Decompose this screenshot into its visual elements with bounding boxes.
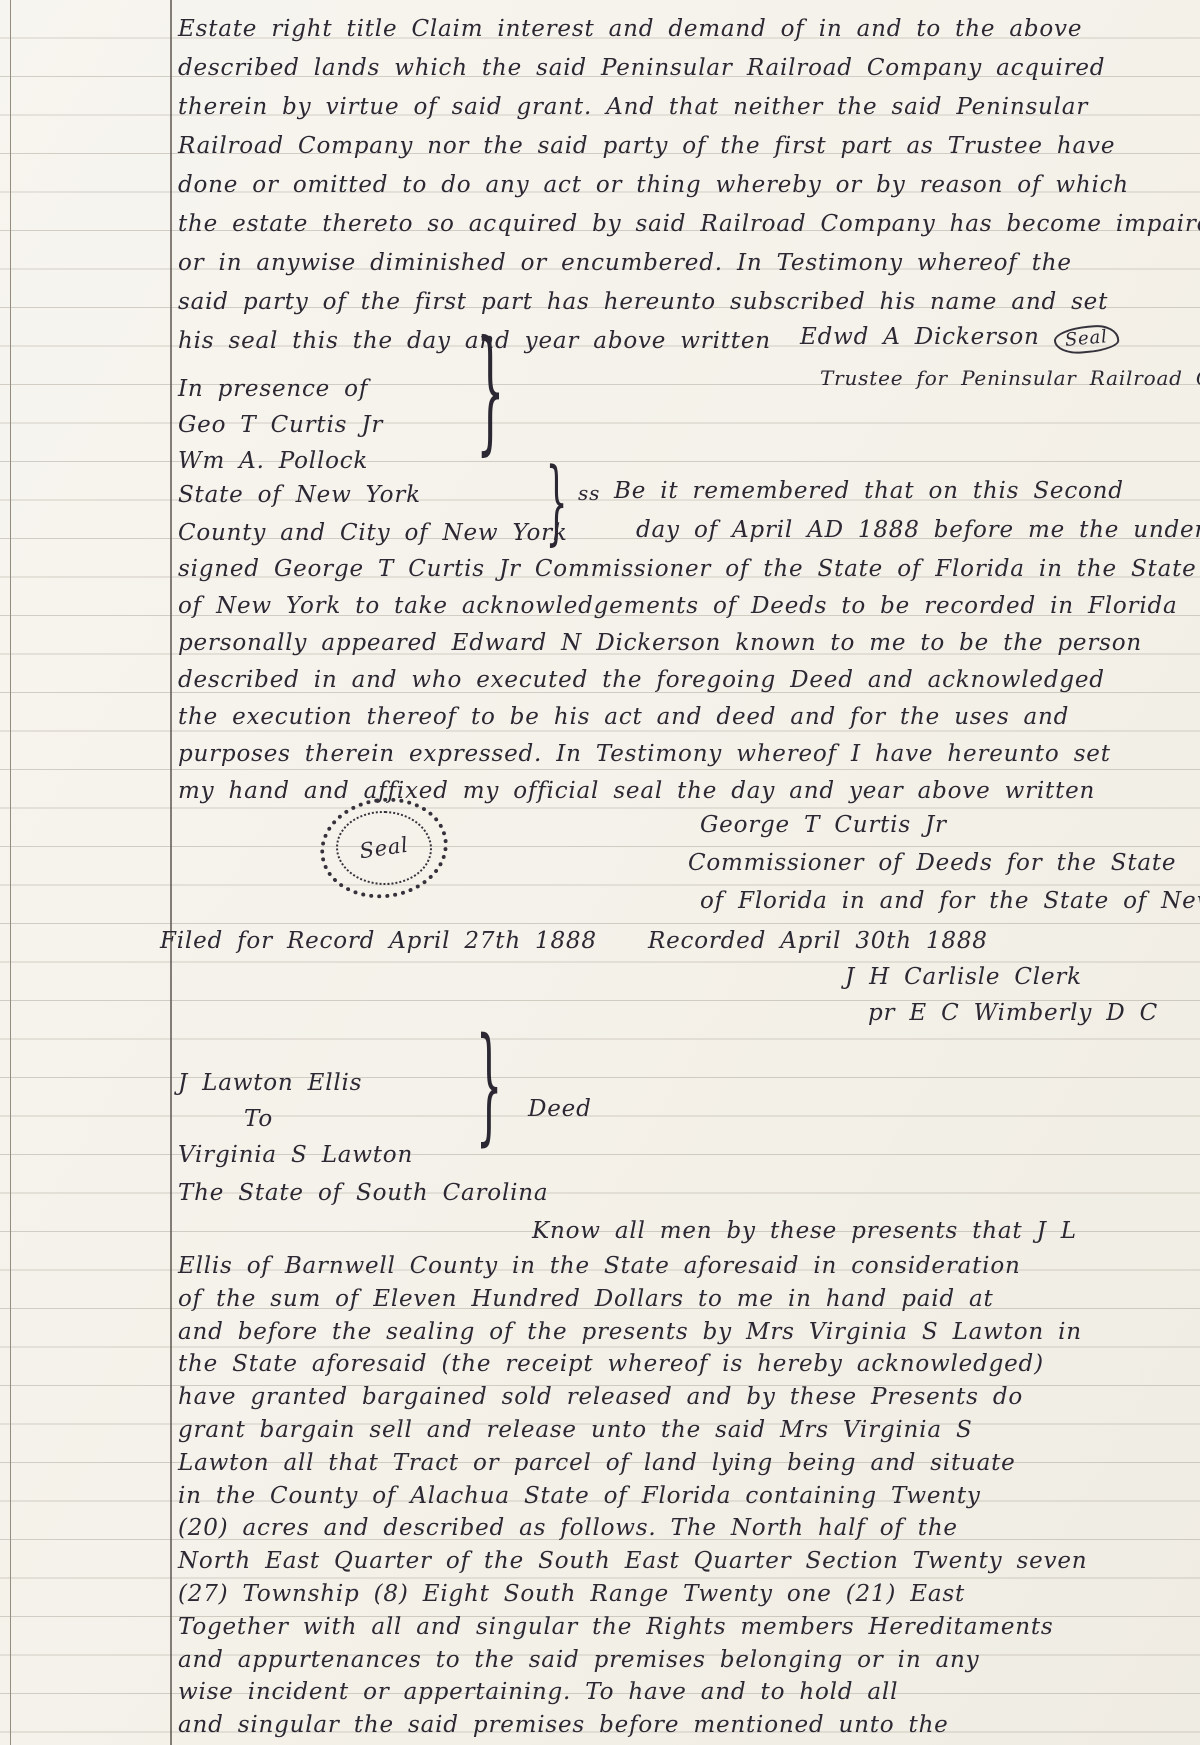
notary-seal-label: Seal (358, 833, 410, 864)
ack-venue-line1: State of New York (178, 482, 421, 508)
handwritten-text-line: and before the sealing of the presents b… (178, 1319, 1087, 1352)
deed2-party2: Virginia S Lawton (178, 1142, 413, 1168)
handwritten-text-line: Together with all and singular the Right… (178, 1614, 1087, 1647)
ack-opening-line1: Be it remembered that on this Second (614, 478, 1124, 504)
filing-recorded: Recorded April 30th 1888 (648, 928, 988, 954)
deed2-to: To (244, 1106, 273, 1132)
handwritten-text-line: of New York to take acknowledgements of … (178, 593, 1197, 630)
deed2-opening-line: Know all men by these presents that J L (532, 1218, 1077, 1244)
seal-badge: Seal (1053, 323, 1120, 356)
handwritten-text-line: North East Quarter of the South East Qua… (178, 1548, 1087, 1581)
deputy-clerk-signature: pr E C Wimberly D C (868, 1000, 1158, 1026)
ack-ss: ss (578, 481, 600, 505)
handwritten-text-line: in the County of Alachua State of Florid… (178, 1483, 1087, 1516)
grantor-signature-row: Edwd A DickersonSeal (800, 324, 1118, 353)
handwritten-text-line: and singular the said premises before me… (178, 1712, 1087, 1745)
clerk-signature: J H Carlisle Clerk (845, 964, 1082, 990)
handwritten-text-line: wise incident or appertaining. To have a… (178, 1679, 1087, 1712)
deed-record-page: Estate right title Claim interest and de… (0, 0, 1200, 1745)
witness-brace: } (476, 325, 505, 459)
deed2-party1: J Lawton Ellis (178, 1070, 362, 1096)
witness-name-2: Wm A. Pollock (178, 448, 368, 474)
handwritten-text-line: my hand and affixed my official seal the… (178, 778, 1197, 815)
deed2-body-paragraph: Ellis of Barnwell County in the State af… (178, 1253, 1087, 1745)
witness-heading: In presence of (178, 376, 368, 402)
handwritten-text-line: the State aforesaid (the receipt whereof… (178, 1351, 1087, 1384)
left-edge-rule (10, 0, 11, 1745)
ack-brace: } (546, 455, 568, 547)
handwritten-text-line: signed George T Curtis Jr Commissioner o… (178, 556, 1197, 593)
handwritten-text-line: of the sum of Eleven Hundred Dollars to … (178, 1286, 1087, 1319)
grantor-signature: Edwd A Dickerson (800, 324, 1040, 350)
witness-name-1: Geo T Curtis Jr (178, 412, 383, 438)
handwritten-text-line: described in and who executed the forego… (178, 667, 1197, 704)
handwritten-text-line: described lands which the said Peninsula… (178, 55, 1200, 94)
deed2-label: Deed (528, 1096, 592, 1122)
handwritten-text-line: done or omitted to do any act or thing w… (178, 172, 1200, 211)
notary-title-line1: Commissioner of Deeds for the State (688, 850, 1176, 876)
filing-filed: Filed for Record April 27th 1888 (160, 928, 597, 954)
margin-rule (170, 0, 172, 1745)
ack-opening-line2: day of April AD 1888 before me the under (636, 517, 1200, 543)
ack-body-paragraph: signed George T Curtis Jr Commissioner o… (178, 556, 1197, 815)
handwritten-text-line: purposes therein expressed. In Testimony… (178, 741, 1197, 778)
handwritten-text-line: and appurtenances to the said premises b… (178, 1647, 1087, 1680)
handwritten-text-line: (20) acres and described as follows. The… (178, 1515, 1087, 1548)
grantor-signature-title: Trustee for Peninsular Railroad Company (820, 366, 1200, 390)
notary-title-line2: of Florida in and for the State of New Y… (700, 888, 1200, 914)
handwritten-text-line: personally appeared Edward N Dickerson k… (178, 630, 1197, 667)
handwritten-text-line: Lawton all that Tract or parcel of land … (178, 1450, 1087, 1483)
handwritten-text-line: therein by virtue of said grant. And tha… (178, 94, 1200, 133)
deed1-body-paragraph: Estate right title Claim interest and de… (178, 16, 1200, 367)
handwritten-text-line: grant bargain sell and release unto the … (178, 1417, 1087, 1450)
handwritten-text-line: the estate thereto so acquired by said R… (178, 211, 1200, 250)
handwritten-text-line: or in anywise diminished or encumbered. … (178, 250, 1200, 289)
handwritten-text-line: said party of the first part has hereunt… (178, 289, 1200, 328)
handwritten-text-line: Ellis of Barnwell County in the State af… (178, 1253, 1087, 1286)
notary-signature: George T Curtis Jr (700, 812, 947, 838)
handwritten-text-line: Railroad Company nor the said party of t… (178, 133, 1200, 172)
handwritten-text-line: the execution thereof to be his act and … (178, 704, 1197, 741)
handwritten-text-line: Estate right title Claim interest and de… (178, 16, 1200, 55)
deed2-state-heading: The State of South Carolina (178, 1180, 548, 1206)
ack-venue-line2: County and City of New York (178, 520, 568, 546)
handwritten-text-line: (27) Township (8) Eight South Range Twen… (178, 1581, 1087, 1614)
handwritten-text-line: have granted bargained sold released and… (178, 1384, 1087, 1417)
deed2-brace: } (476, 1023, 503, 1149)
